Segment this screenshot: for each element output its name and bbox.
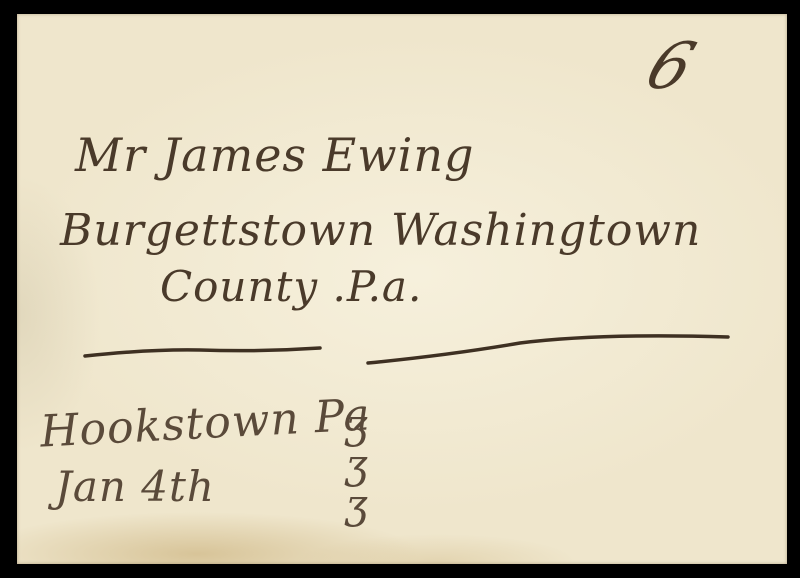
manuscript-postmark-date: Jan 4th [55,462,215,511]
postmark-flourish: ʒ ʒ ʒ [345,405,369,525]
